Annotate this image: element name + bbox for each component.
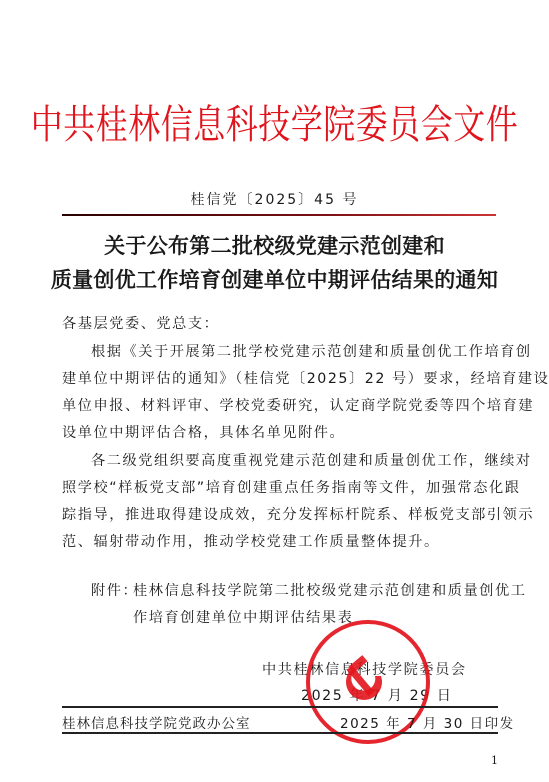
- footer-office: 桂林信息科技学院党政办公室: [62, 711, 251, 738]
- notice-title-line2: 质量创优工作培育创建单位中期评估结果的通知: [0, 264, 549, 294]
- paragraph2-line2: 照学校“样板党支部”培育创建重点任务指南等文件，加强常态化跟: [62, 475, 520, 502]
- paragraph2-line3: 踪指导，推进取得建设成效，充分发挥标杆院系、样板党支部引领示: [62, 502, 534, 529]
- attachment-line2[interactable]: 作培育创建单位中期评估结果表: [133, 605, 353, 632]
- paragraph1-line2: 建单位中期评估的通知》（桂信党〔2025〕22 号）要求，经培育建设: [62, 366, 549, 393]
- paragraph1-line3: 单位申报、材料评审、学校党委研究，认定商学院党委等四个培育建: [62, 393, 534, 420]
- notice-title-line1: 关于公布第二批校级党建示范创建和: [0, 230, 549, 260]
- paragraph2-line4: 范、辐射带动作用，推动学校党建工作质量整体提升。: [62, 529, 440, 556]
- paragraph1-line1: 根据《关于开展第二批学校党建示范创建和质量创优工作培育创: [91, 339, 532, 366]
- footer-bottom-rule: [62, 732, 498, 734]
- header-divider: [62, 214, 496, 216]
- hammer-sickle-icon: [335, 650, 395, 710]
- attachment-label: 附件：: [91, 578, 138, 605]
- paragraph2-line1: 各二级党组织要高度重视党建示范创建和质量创优工作，继续对: [91, 448, 532, 475]
- document-number: 桂信党〔2025〕45 号: [0, 189, 549, 209]
- salutation: 各基层党委、党总支：: [62, 311, 219, 338]
- attachment-line1[interactable]: 桂林信息科技学院第二批校级党建示范创建和质量创优工: [133, 578, 526, 605]
- footer-top-rule: [62, 706, 498, 708]
- page-number: 1: [491, 754, 498, 767]
- paragraph1-line4: 设单位中期评估合格，具体名单见附件。: [62, 420, 345, 447]
- issuer-title: 中共桂林信息科技学院委员会文件: [0, 93, 549, 151]
- footer-print-date: 2025 年 7 月 30 日印发: [340, 711, 515, 738]
